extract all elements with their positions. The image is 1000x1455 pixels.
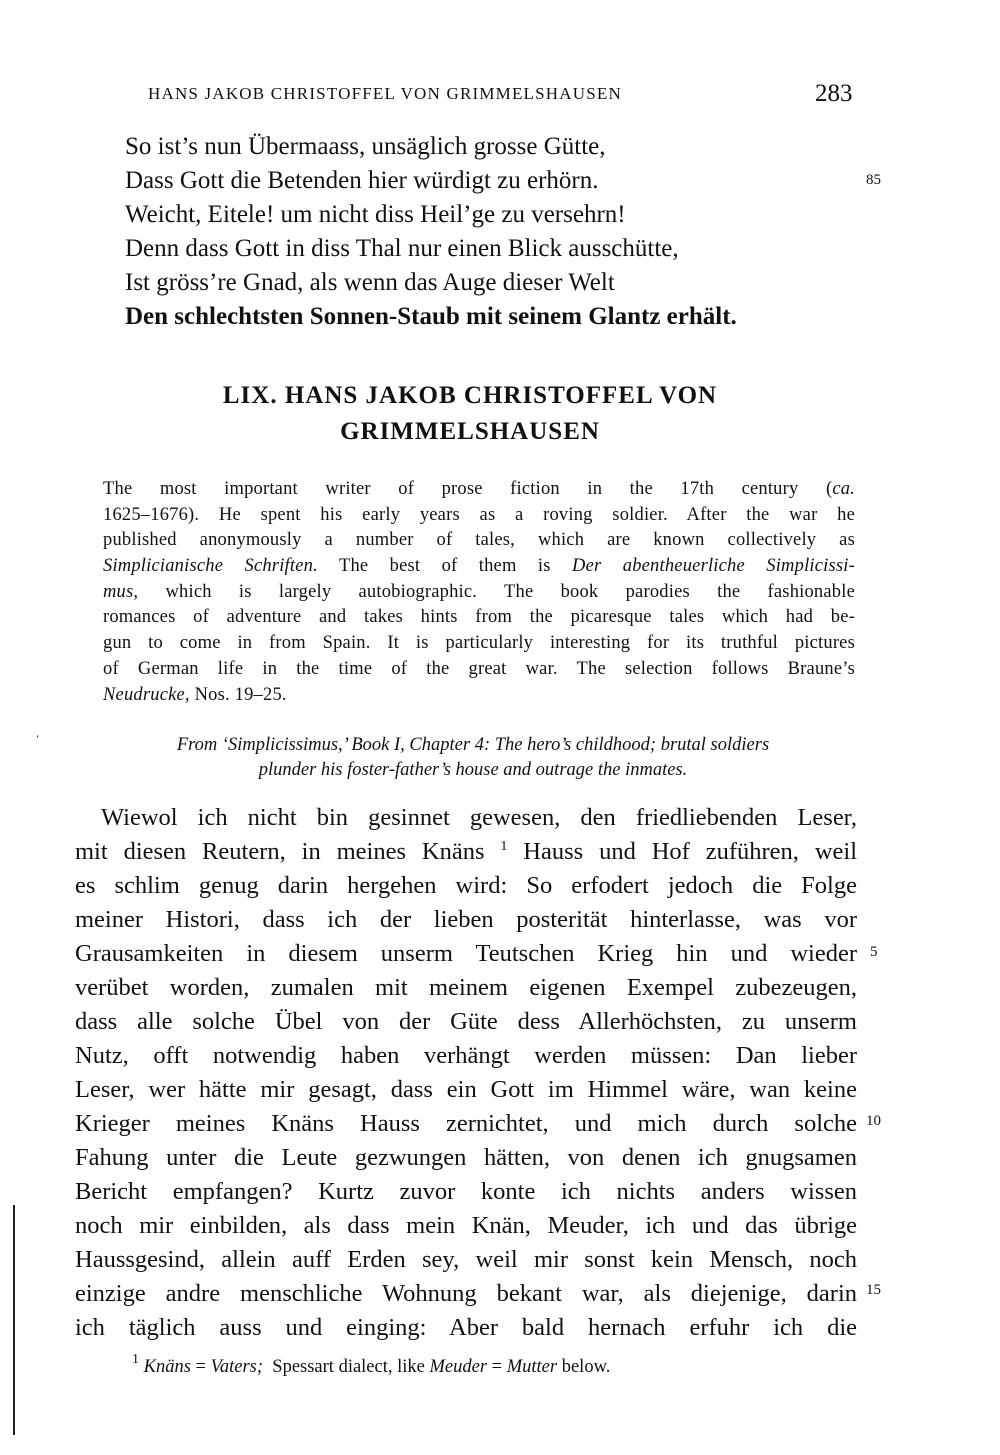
intro-line: Simplicianische Schriften. The best of t… — [103, 554, 855, 580]
prose-line: Fahung unter die Leute gezwungen hätten,… — [75, 1141, 857, 1175]
footnote-marker: 1 — [132, 1352, 139, 1367]
footnote-gloss: Mutter — [507, 1357, 557, 1377]
footnote-term: Knäns — [144, 1357, 191, 1377]
prose-line: mit diesen Reutern, in meines Knäns 1 Ha… — [75, 835, 857, 869]
equals: = — [487, 1357, 507, 1377]
prose-line: Wiewol ich nicht bin gesinnet gewesen, d… — [75, 801, 857, 835]
verse-line: Den schlechtsten Sonnen-Staub mit seinem… — [125, 300, 737, 334]
prose-line: meiner Histori, dass ich der lieben post… — [75, 903, 857, 937]
stray-mark: ‘ — [36, 734, 39, 745]
section-title: LIX. HANS JAKOB CHRISTOFFEL VON GRIMMELS… — [100, 378, 840, 450]
italic-text: Der abentheuerliche Simplicissi- — [572, 556, 855, 576]
text: which is largely autobiographic. The boo… — [138, 582, 855, 602]
prose-line: Leser, wer hätte mir gesagt, dass ein Go… — [75, 1073, 857, 1107]
verse-line: Denn dass Gott in diss Thal nur einen Bl… — [125, 232, 737, 266]
footnote: 1 Knäns = Vaters; Spessart dialect, like… — [132, 1357, 610, 1378]
page-number: 283 — [815, 80, 853, 108]
verse-block: So ist’s nun Übermaass, unsäglich grosse… — [125, 130, 737, 334]
source-line: From ‘Simplicissimus,’ Book I, Chapter 4… — [88, 733, 858, 758]
intro-paragraph: The most important writer of prose ficti… — [103, 477, 855, 708]
italic-text: Neudrucke, — [103, 685, 190, 705]
verse-line: Weicht, Eitele! um nicht diss Heil’ge zu… — [125, 198, 737, 232]
verse-line: So ist’s nun Übermaass, unsäglich grosse… — [125, 130, 737, 164]
prose-line: Krieger meines Knäns Hauss zernichtet, u… — [75, 1107, 857, 1141]
text: Hauss und Hof zuführen, weil — [507, 838, 857, 865]
section-title-line: LIX. HANS JAKOB CHRISTOFFEL VON — [100, 378, 840, 414]
verse-line: Dass Gott die Betenden hier würdigt zu e… — [125, 164, 737, 198]
prose-block: Wiewol ich nicht bin gesinnet gewesen, d… — [75, 801, 857, 1345]
intro-line: published anonymously a number of tales,… — [103, 528, 855, 554]
intro-line: mus, which is largely autobiographic. Th… — [103, 580, 855, 606]
italic-text: mus, — [103, 582, 138, 602]
prose-line: es schlim genug darin hergehen wird: So … — [75, 869, 857, 903]
text: The best of them is — [318, 556, 572, 576]
intro-line: of German life in the time of the great … — [103, 657, 855, 683]
footnote-term: Meuder — [430, 1357, 488, 1377]
prose-line: noch mir einbilden, als dass mein Knän, … — [75, 1209, 857, 1243]
verse-line-number: 85 — [866, 172, 881, 189]
source-line: plunder his foster-father’s house and ou… — [88, 758, 858, 783]
prose-line-number: 5 — [870, 944, 878, 961]
verse-line: Ist gröss’re Gnad, als wenn das Auge die… — [125, 266, 737, 300]
footnote-gloss: Vaters; — [211, 1357, 263, 1377]
prose-line-number: 15 — [866, 1282, 881, 1299]
scan-margin-rule — [13, 1205, 15, 1435]
section-title-line: GRIMMELSHAUSEN — [100, 414, 840, 450]
text: The most important writer of prose ficti… — [103, 479, 832, 499]
prose-line: Nutz, offt notwendig haben verhängt werd… — [75, 1039, 857, 1073]
text: mit diesen Reutern, in meines Knäns — [75, 838, 485, 865]
prose-line: Bericht empfangen? Kurtz zuvor konte ich… — [75, 1175, 857, 1209]
source-citation: From ‘Simplicissimus,’ Book I, Chapter 4… — [88, 733, 858, 783]
prose-line: verübet worden, zumalen mit meinem eigen… — [75, 971, 857, 1005]
running-head: HANS JAKOB CHRISTOFFEL VON GRIMMELSHAUSE… — [148, 84, 778, 104]
intro-line: romances of adventure and takes hints fr… — [103, 605, 855, 631]
prose-line-number: 10 — [866, 1113, 881, 1130]
text: below. — [557, 1357, 610, 1377]
italic-text: ca. — [832, 479, 855, 499]
intro-line: 1625–1676). He spent his early years as … — [103, 503, 855, 529]
prose-line: ich täglich auss und einging: Aber bald … — [75, 1311, 857, 1345]
intro-line: Neudrucke, Nos. 19–25. — [103, 683, 855, 709]
italic-text: Simplicianische Schriften. — [103, 556, 318, 576]
intro-line: The most important writer of prose ficti… — [103, 477, 855, 503]
prose-line: einzige andre menschliche Wohnung bekant… — [75, 1277, 857, 1311]
prose-line: Haussgesind, allein auff Erden sey, weil… — [75, 1243, 857, 1277]
text: Spessart dialect, like — [263, 1357, 429, 1377]
text: Nos. 19–25. — [190, 685, 287, 705]
prose-line: dass alle solche Übel von der Güte dess … — [75, 1005, 857, 1039]
equals: = — [191, 1357, 211, 1377]
prose-line: Grausamkeiten in diesem unserm Teutschen… — [75, 937, 857, 971]
intro-line: gun to come in from Spain. It is particu… — [103, 631, 855, 657]
